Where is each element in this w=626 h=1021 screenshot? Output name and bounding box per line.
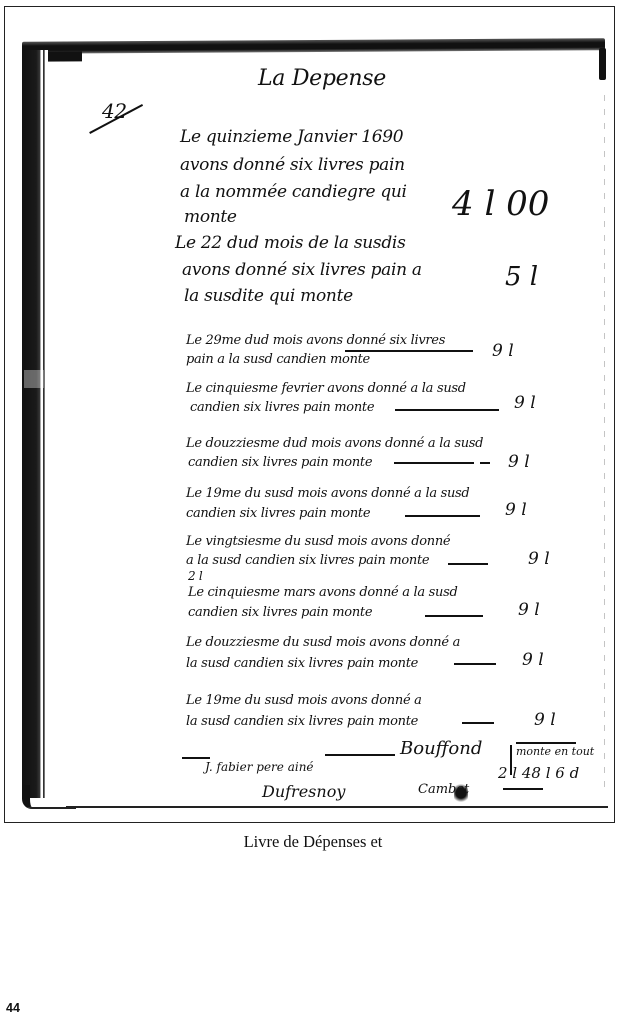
entry-rule [405, 515, 480, 517]
total-rule [516, 742, 576, 744]
entry-line: la susd candien six livres pain monte [186, 656, 418, 671]
witness-signature: J. fabier pere ainé [205, 760, 314, 774]
entry-amount: 4 l 00 [452, 184, 549, 224]
entry-line: Le douzziesme du susd mois avons donné a [186, 635, 460, 650]
entry-line: la susd candien six livres pain monte [186, 714, 418, 729]
entry-line: Le quinzieme Janvier 1690 [180, 127, 403, 147]
entry-line: avons donné six livres pain [180, 155, 405, 175]
entry-amount: 9 l [522, 650, 544, 670]
margin-note: 2 l [188, 569, 202, 583]
entry-line: Le 22 dud mois de la susdis [175, 233, 406, 253]
total-underline [503, 788, 543, 790]
entry-amount: 9 l [534, 710, 556, 730]
entry-line: a la susd candien six livres pain monte [186, 553, 429, 568]
entry-rule [425, 615, 483, 617]
entry-line: candien six livres pain monte [186, 506, 370, 521]
entry-line: monte [184, 207, 237, 227]
entry-rule [345, 350, 473, 352]
entry-rule [462, 722, 494, 724]
manuscript-binding-edge [22, 50, 48, 798]
signature-right: Bouffond [400, 738, 482, 759]
entry-line: Le 29me dud mois avons donné six livres [186, 333, 445, 348]
entry-line: a la nommée candiegre qui [180, 182, 407, 202]
manuscript-page-tab [599, 48, 606, 80]
entry-line: Le 19me du susd mois avons donné a [186, 693, 422, 708]
signature-rule [325, 754, 395, 756]
entry-line: Le douzziesme dud mois avons donné a la … [186, 436, 483, 451]
entry-line: candien six livres pain monte [188, 455, 372, 470]
entry-amount: 9 l [514, 393, 536, 413]
entry-rule [480, 462, 490, 464]
entry-rule [395, 409, 499, 411]
manuscript-right-edge [604, 95, 605, 795]
entry-line: la susdite qui monte [184, 286, 353, 306]
entry-line: Le cinquiesme mars avons donné a la susd [188, 585, 458, 600]
entry-rule [454, 663, 496, 665]
entry-line: candien six livres pain monte [190, 400, 374, 415]
entry-line: Le vingtsiesme du susd mois avons donné [186, 534, 450, 549]
total-label: monte en tout [516, 745, 594, 758]
entry-amount: 9 l [492, 341, 514, 361]
entry-line: pain a la susd candien monte [186, 352, 370, 367]
total-value: 2 l 48 l 6 d [498, 764, 579, 782]
ink-blot [454, 782, 468, 804]
entry-amount: 9 l [518, 600, 540, 620]
entry-rule [448, 563, 488, 565]
signature-left: Dufresnoy [262, 782, 345, 801]
entry-amount: 9 l [508, 452, 530, 472]
entry-line: candien six livres pain monte [188, 605, 372, 620]
figure-caption: Livre de Dépenses et [0, 832, 626, 852]
signature-rule [182, 757, 210, 759]
entry-line: avons donné six livres pain a [182, 260, 422, 280]
manuscript-title: La Depense [258, 66, 386, 91]
entry-rule [394, 462, 474, 464]
entry-amount: 9 l [528, 549, 550, 569]
page-number: 44 [6, 1001, 20, 1015]
entry-line: Le cinquiesme fevrier avons donné a la s… [186, 381, 466, 396]
entry-line: Le 19me du susd mois avons donné a la su… [186, 486, 469, 501]
entry-amount: 9 l [505, 500, 527, 520]
manuscript-bottom-edge [66, 806, 608, 808]
entry-amount: 5 l [505, 262, 538, 292]
